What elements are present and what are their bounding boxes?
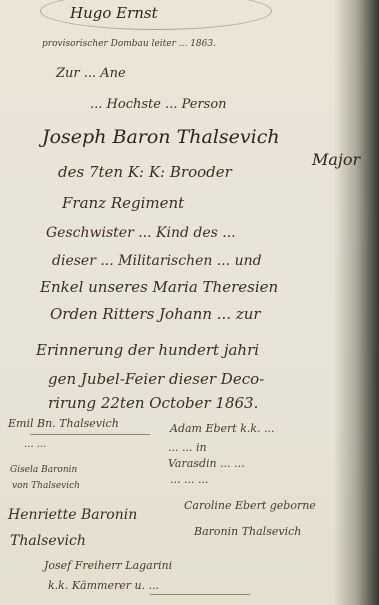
signature-left-henriette: Henriette Baronin [8,508,137,522]
body-line-6: Geschwister ... Kind des ... [46,226,236,240]
signature-left-2: Gisela Baronin [10,466,77,475]
signature-right-1: ... ... in [168,442,207,453]
body-line-joseph: Joseph Baron Thalsevich [42,128,280,147]
body-line-7: dieser ... Militarischen ... und [52,254,262,268]
body-line-10: Erinnerung der hundert jahri [36,343,259,358]
signature-left-3: von Thalsevich [12,482,80,491]
body-line-0: Zur ... Ane [56,67,126,80]
signature-bottom-1: k.k. Kämmerer u. ... [48,580,159,591]
body-line-11: gen Jubel-Feier dieser Deco- [48,372,264,387]
body-line-regiment-2: Franz Regiment [62,196,184,211]
body-line-regiment-1: des 7ten K: K: Brooder [58,165,232,180]
body-line-12: rirung 22ten October 1863. [48,396,258,411]
body-line-9: Orden Ritters Johann ... zur [50,307,261,322]
body-line-8: Enkel unseres Maria Theresien [40,280,278,295]
signature-left-0: Emil Bn. Thalsevich [8,418,119,429]
signature-right-2: Varasdin ... ... [168,458,245,469]
signature-right-caroline: Caroline Ebert geborne [184,500,316,511]
signature-right-caroline-2: Baronin Thalsevich [194,526,301,537]
header-name: Hugo Ernst [70,6,158,21]
signature-right-3: ... ... ... [170,474,208,485]
header-title-line: provisorischer Dombau leiter ... 1863. [42,40,216,49]
body-line-1: ... Hochste ... Person [90,98,227,111]
signature-right-0: Adam Ebert k.k. ... [170,423,275,434]
signature-bottom-underline [150,594,250,595]
body-line-major: Major [312,152,360,168]
signature-underline [30,434,150,435]
document-page: Hugo Ernst provisorischer Dombau leiter … [0,0,379,605]
signature-left-1: ... ... [24,440,46,450]
signature-bottom-0: Josef Freiherr Lagarini [44,560,172,571]
signature-left-henriette-2: Thalsevich [10,534,86,548]
